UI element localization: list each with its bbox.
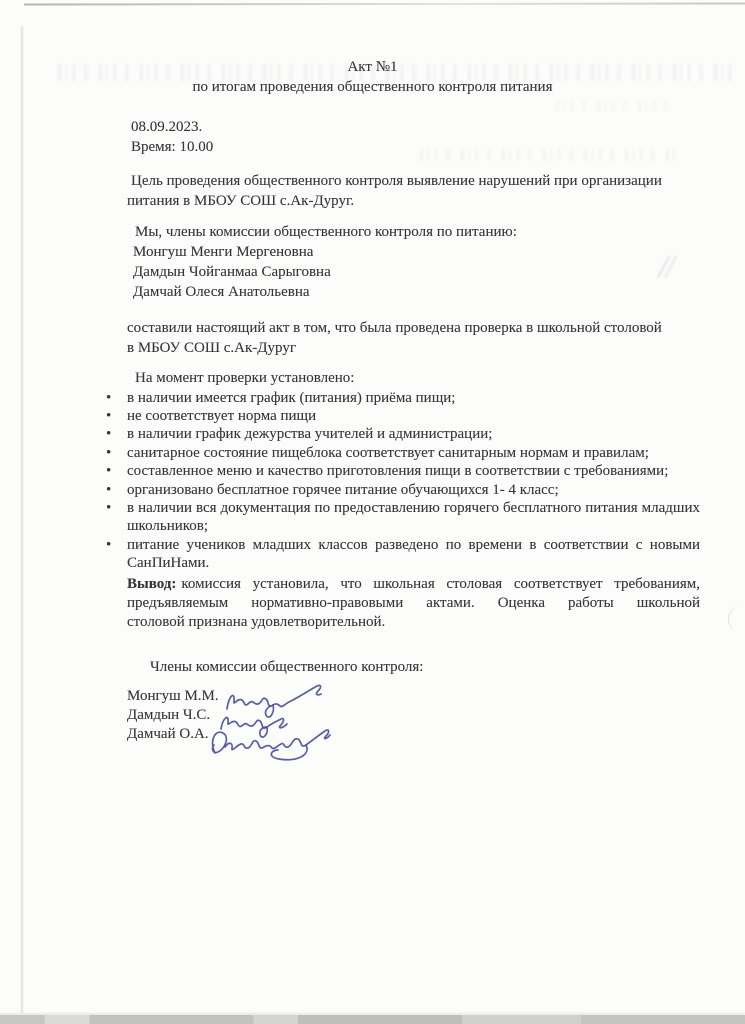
member-name-3: Дамчай Олеся Анатольевна xyxy=(127,282,700,302)
signature-intro: Члены комиссии общественного контроля: xyxy=(127,658,700,678)
time-line: Время: 10.00 xyxy=(131,138,700,158)
member-name-2: Дамдын Чойганмаа Сарыговна xyxy=(127,262,700,282)
finding-item-1: в наличии имеется график (питания) приём… xyxy=(127,389,700,407)
act-statement-line-1: составили настоящий акт в том, что была … xyxy=(127,319,700,339)
signature-mongush-ink xyxy=(227,685,321,709)
finding-item-6: организовано бесплатное горячее питание … xyxy=(127,481,700,499)
member-name-1: Монгуш Менги Мергеновна xyxy=(127,242,700,262)
finding-item-5: составленное меню и качество приготовлен… xyxy=(127,462,700,480)
purpose-line-1: Цель проведения общественного контроля в… xyxy=(127,172,700,192)
finding-item-4: санитарное состояние пищеблока соответст… xyxy=(127,444,700,462)
conclusion-line-3: столовой признана удовлетворительной. xyxy=(127,613,700,632)
act-title: Акт №1 xyxy=(127,57,618,77)
date-line: 08.09.2023. xyxy=(131,118,700,138)
act-subtitle: по итогам проведения общественного контр… xyxy=(127,77,618,97)
findings-section: На момент проверки установлено: в наличи… xyxy=(127,369,700,573)
signatories-block: Монгуш М.М. Дамдын Ч.С. Дамчай О.А. xyxy=(127,687,700,744)
act-statement-paragraph: составили настоящий акт в том, что была … xyxy=(127,319,700,358)
document-content: Акт №1 по итогам проведения общественног… xyxy=(127,57,700,744)
scan-bottom-edge xyxy=(0,1015,745,1024)
conclusion-paragraph: Вывод:комиссия установила, что школьная … xyxy=(127,575,700,632)
finding-item-7: в наличии вся документация по предоставл… xyxy=(127,499,700,536)
purpose-paragraph: Цель проведения общественного контроля в… xyxy=(127,172,700,211)
scan-left-edge xyxy=(21,26,23,1013)
scan-top-edge xyxy=(24,2,745,5)
finding-item-8: питание учеников младших классов разведе… xyxy=(127,536,700,573)
commission-intro: Мы, члены комиссии общественного контрол… xyxy=(127,222,700,242)
finding-item-2: не соответствует норма пищи xyxy=(127,407,700,425)
signature-damchai-ink xyxy=(225,730,330,750)
act-title-block: Акт №1 по итогам проведения общественног… xyxy=(127,57,618,97)
findings-list: в наличии имеется график (питания) приём… xyxy=(127,389,700,573)
signature-mongush-descender-ink xyxy=(265,705,273,717)
date-time-block: 08.09.2023. Время: 10.00 xyxy=(127,118,700,157)
conclusion-line-1: Вывод:комиссия установила, что школьная … xyxy=(127,575,700,594)
finding-item-3: в наличии график дежурства учителей и ад… xyxy=(127,425,700,443)
scanned-document-page: Акт №1 по итогам проведения общественног… xyxy=(0,0,745,1024)
scan-right-arc-mark xyxy=(727,605,745,633)
conclusion-line-2: предъявляемым нормативно-правовыми актам… xyxy=(127,594,700,613)
purpose-line-2: питания в МБОУ СОШ с.Ак-Дуруг. xyxy=(127,192,700,212)
act-statement-line-2: в МБОУ СОШ с.Ак-Дуруг xyxy=(127,339,700,359)
conclusion-text-1: комиссия установила, что школьная столов… xyxy=(181,576,700,592)
signature-damdyn-ink xyxy=(221,718,287,729)
signature-damchai-initial-ink xyxy=(213,732,227,753)
handwritten-signatures xyxy=(205,677,345,762)
commission-members-block: Мы, члены комиссии общественного контрол… xyxy=(127,222,700,302)
conclusion-label: Вывод: xyxy=(127,576,176,592)
findings-intro: На момент проверки установлено: xyxy=(127,369,700,389)
